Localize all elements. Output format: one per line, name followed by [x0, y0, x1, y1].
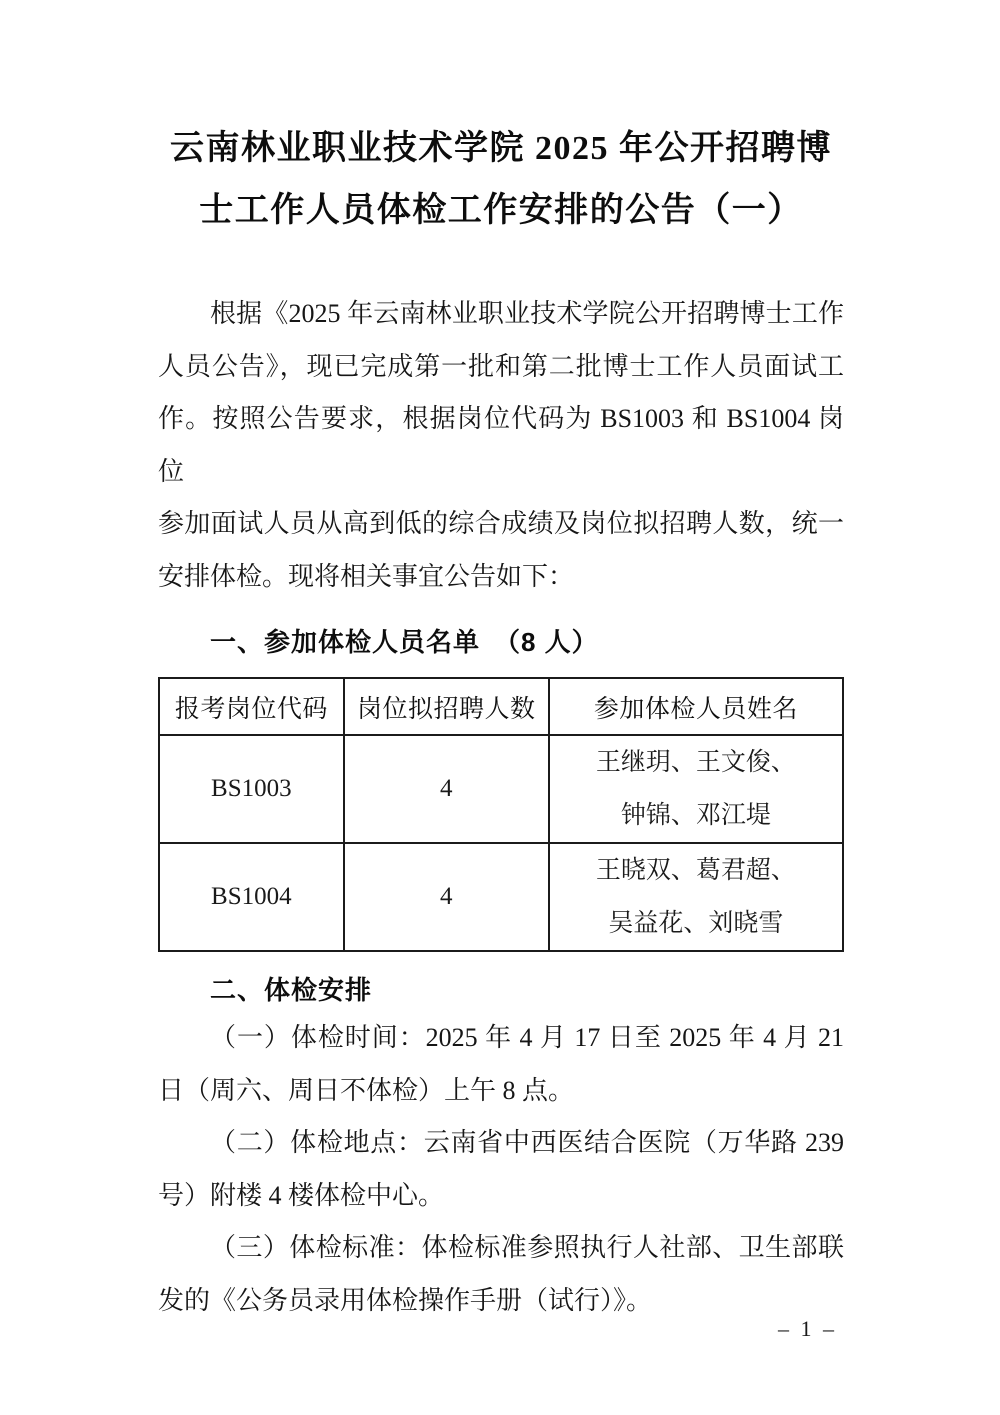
item-exam-time: （一）体检时间：2025 年 4 月 17 日至 2025 年 4 月 21 日… — [158, 1012, 844, 1117]
header-cell-quota: 岗位拟招聘人数 — [344, 678, 549, 735]
item-exam-time-line-2: 日（周六、周日不体检）上午 8 点。 — [158, 1065, 844, 1118]
document-title: 云南林业职业技术学院 2025 年公开招聘博 士工作人员体检工作安排的公告（一） — [158, 118, 844, 242]
document-page: 云南林业职业技术学院 2025 年公开招聘博 士工作人员体检工作安排的公告（一）… — [0, 0, 1000, 1415]
cell-position-code: BS1003 — [159, 735, 344, 843]
item-exam-standard-line-2: 发的《公务员录用体检操作手册（试行）》。 — [158, 1275, 844, 1328]
names-line: 吴益花、刘晓雪 — [550, 897, 842, 950]
item-exam-time-line-1: （一）体检时间：2025 年 4 月 17 日至 2025 年 4 月 21 — [158, 1012, 844, 1065]
document-title-line-1: 云南林业职业技术学院 2025 年公开招聘博 — [158, 118, 844, 180]
intro-paragraph: 根据《2025 年云南林业职业技术学院公开招聘博士工作 人员公告》，现已完成第一… — [158, 288, 844, 603]
intro-line-2: 人员公告》，现已完成第一批和第二批博士工作人员面试工 — [158, 341, 844, 394]
intro-line-4: 参加面试人员从高到低的综合成绩及岗位拟招聘人数，统一 — [158, 498, 844, 551]
page-number: – 1 – — [778, 1316, 837, 1342]
roster-table-row-2: BS1004 4 王晓双、葛君超、 吴益花、刘晓雪 — [159, 843, 843, 951]
section-1-heading: 一、参加体检人员名单 （8 人） — [158, 622, 844, 662]
names-line: 钟锦、邓江堤 — [550, 789, 842, 842]
header-cell-names: 参加体检人员姓名 — [549, 678, 843, 735]
cell-names: 王继玥、王文俊、 钟锦、邓江堤 — [549, 735, 843, 843]
exam-arrangement-items: （一）体检时间：2025 年 4 月 17 日至 2025 年 4 月 21 日… — [158, 1012, 844, 1327]
item-exam-location-line-1: （二）体检地点：云南省中西医结合医院（万华路 239 — [158, 1117, 844, 1170]
section-2-heading: 二、体检安排 — [158, 970, 844, 1010]
intro-line-1: 根据《2025 年云南林业职业技术学院公开招聘博士工作 — [158, 288, 844, 341]
cell-quota: 4 — [344, 735, 549, 843]
header-cell-position-code: 报考岗位代码 — [159, 678, 344, 735]
document-title-line-2: 士工作人员体检工作安排的公告（一） — [158, 180, 844, 242]
intro-line-3: 作。按照公告要求，根据岗位代码为 BS1003 和 BS1004 岗位 — [158, 393, 844, 498]
names-line: 王继玥、王文俊、 — [550, 736, 842, 789]
item-exam-location-line-2: 号）附楼 4 楼体检中心。 — [158, 1170, 844, 1223]
document-content: 云南林业职业技术学院 2025 年公开招聘博 士工作人员体检工作安排的公告（一）… — [0, 0, 1000, 1327]
roster-table: 报考岗位代码 岗位拟招聘人数 参加体检人员姓名 BS1003 4 王继玥、王文俊… — [158, 677, 844, 952]
cell-position-code: BS1004 — [159, 843, 344, 951]
names-line: 王晓双、葛君超、 — [550, 844, 842, 897]
roster-table-row-1: BS1003 4 王继玥、王文俊、 钟锦、邓江堤 — [159, 735, 843, 843]
cell-quota: 4 — [344, 843, 549, 951]
item-exam-standard-line-1: （三）体检标准：体检标准参照执行人社部、卫生部联 — [158, 1222, 844, 1275]
cell-names: 王晓双、葛君超、 吴益花、刘晓雪 — [549, 843, 843, 951]
roster-table-header-row: 报考岗位代码 岗位拟招聘人数 参加体检人员姓名 — [159, 678, 843, 735]
item-exam-standard: （三）体检标准：体检标准参照执行人社部、卫生部联 发的《公务员录用体检操作手册（… — [158, 1222, 844, 1327]
intro-line-5: 安排体检。现将相关事宜公告如下： — [158, 551, 844, 604]
item-exam-location: （二）体检地点：云南省中西医结合医院（万华路 239 号）附楼 4 楼体检中心。 — [158, 1117, 844, 1222]
